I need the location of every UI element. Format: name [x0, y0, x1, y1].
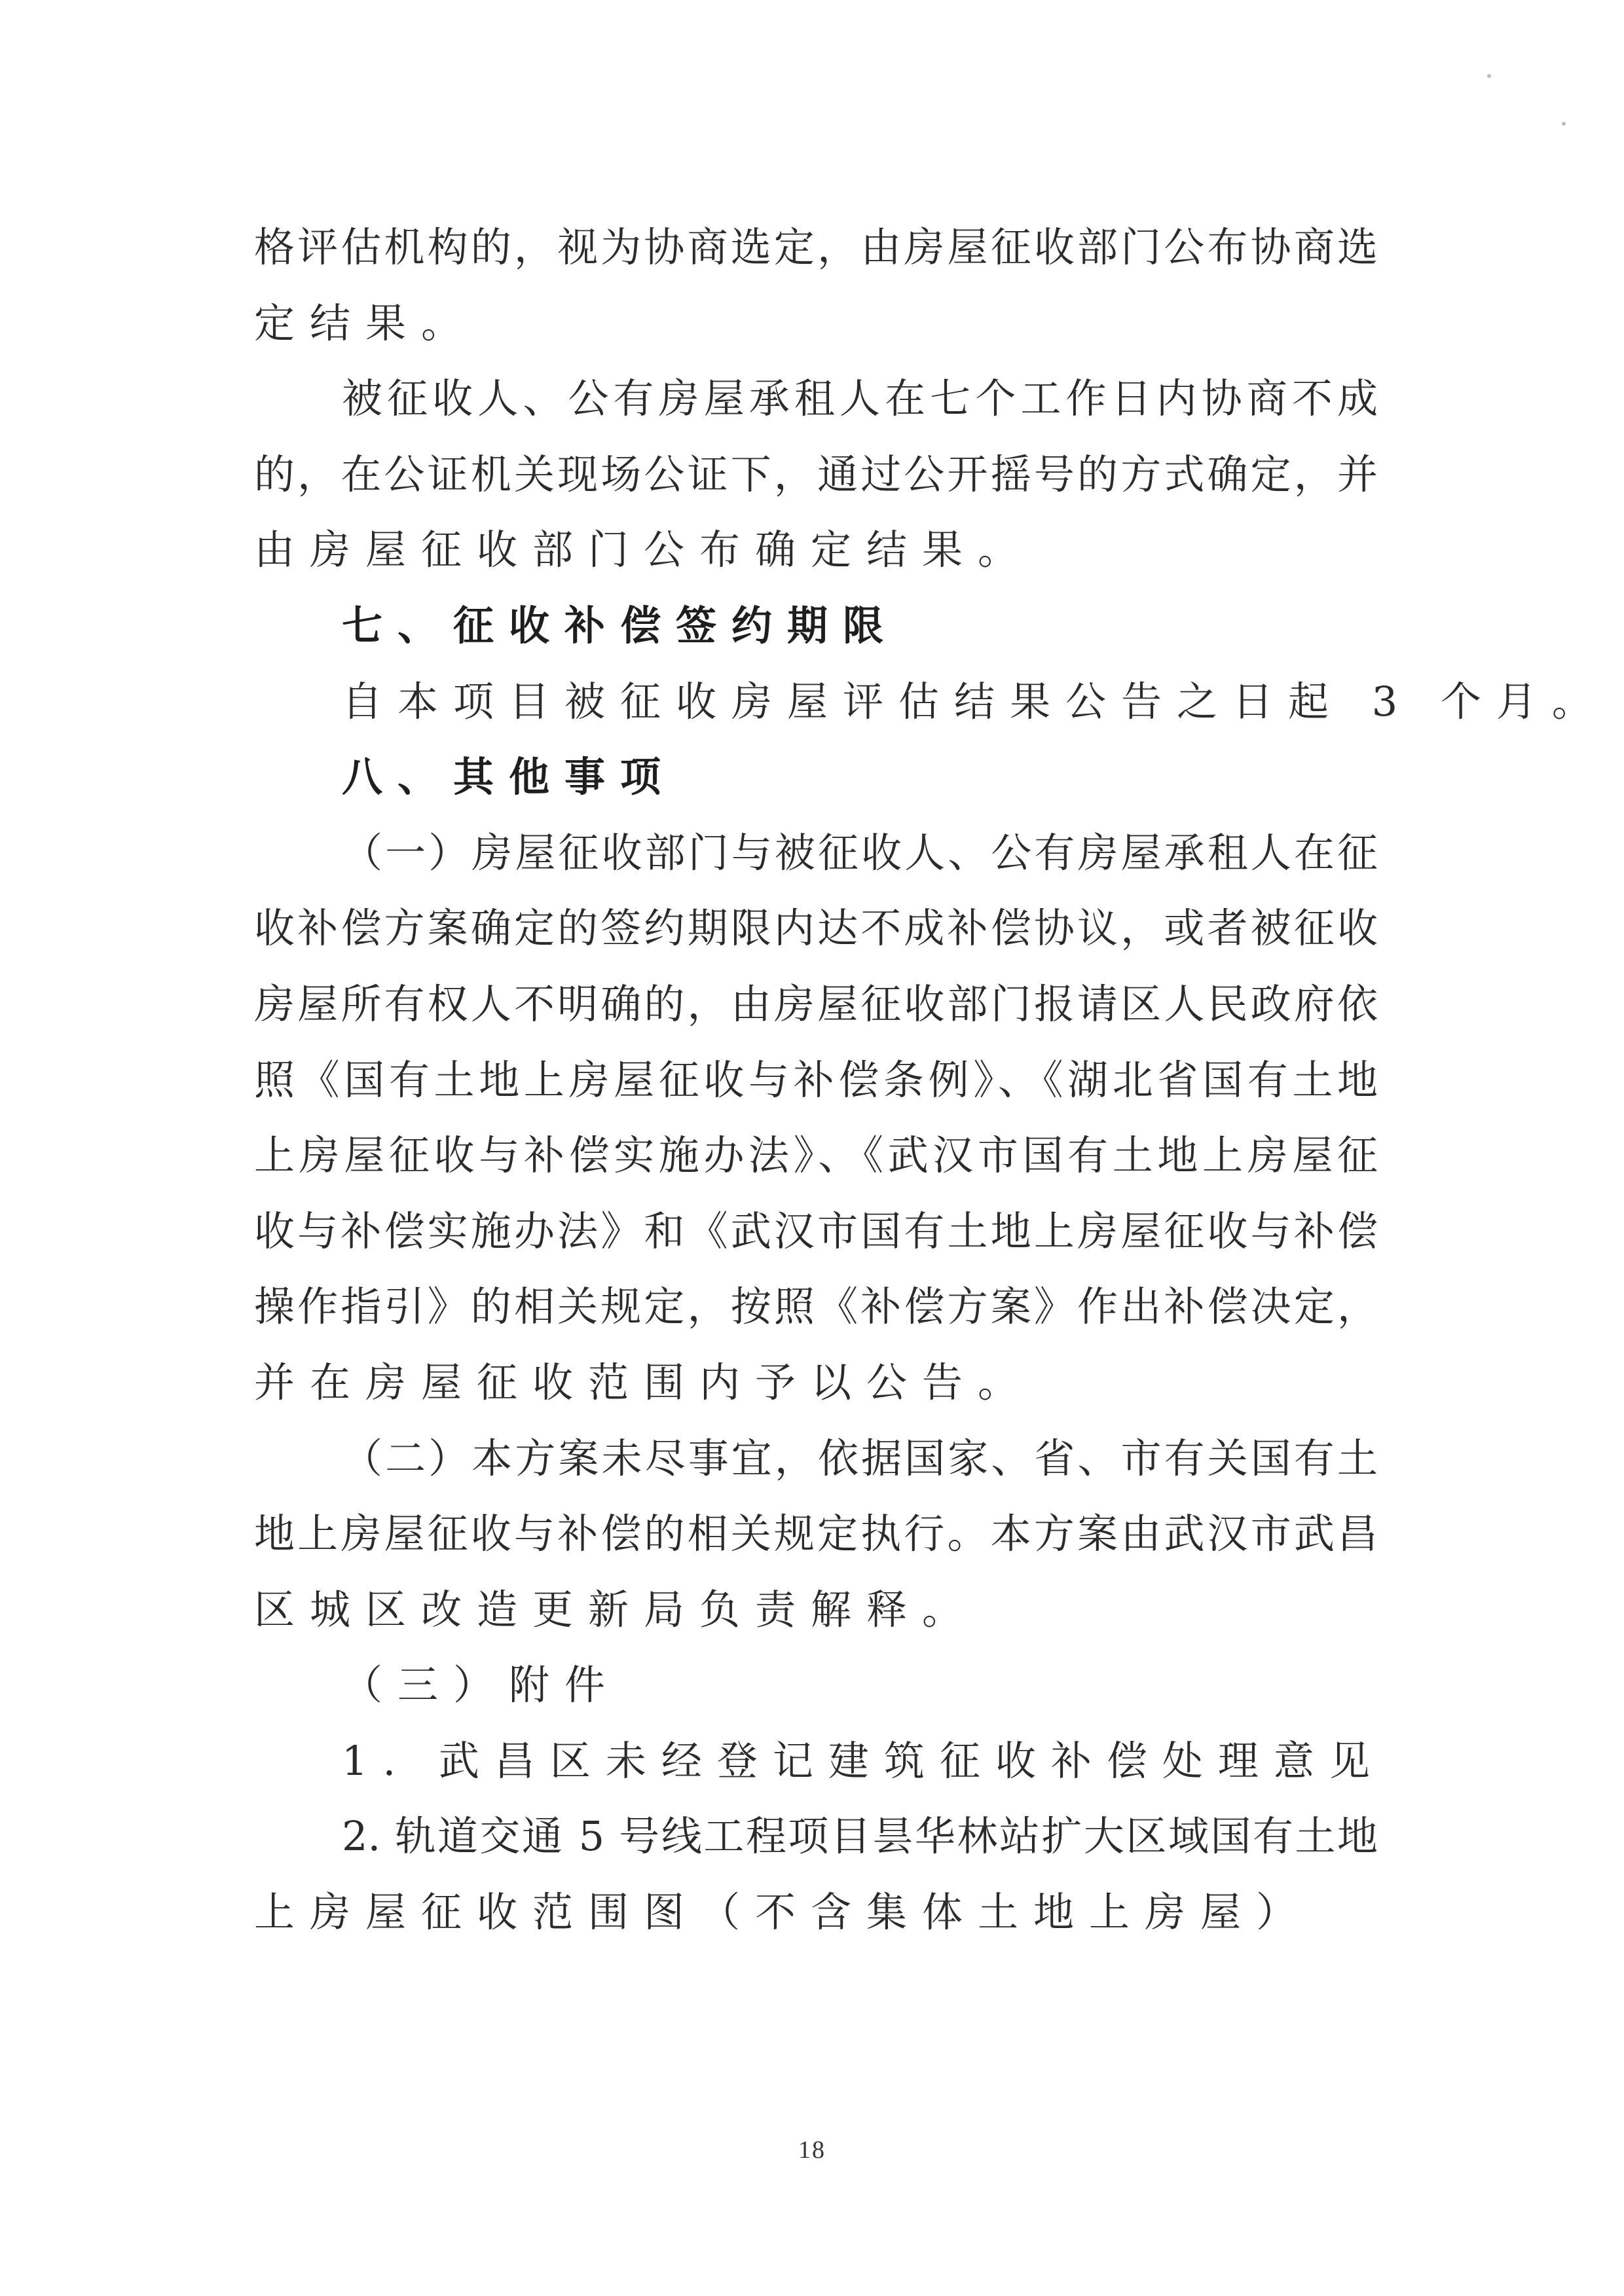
- section-heading-7: 七、征收补偿签约期限: [254, 588, 1378, 664]
- paragraph-line: 区城区改造更新局负责解释。: [254, 1572, 1378, 1648]
- paragraph-line: （二）本方案未尽事宜，依据国家、省、市有关国有土: [254, 1421, 1378, 1497]
- paragraph-line: （一）房屋征收部门与被征收人、公有房屋承租人在征: [254, 815, 1378, 891]
- paragraph-line: 收与补偿实施办法》和《武汉市国有土地上房屋征收与补偿: [254, 1194, 1378, 1269]
- paragraph-line: 由房屋征收部门公布确定结果。: [254, 512, 1378, 588]
- page-number: 18: [0, 2136, 1624, 2164]
- attachment-item-2-continued: 上房屋征收范围图（不含集体土地上房屋）: [254, 1874, 1378, 1950]
- document-page: 格评估机构的，视为协商选定，由房屋征收部门公布协商选 定结果。 被征收人、公有房…: [0, 0, 1624, 2296]
- paragraph-line: 的，在公证机关现场公证下，通过公开摇号的方式确定，并: [254, 437, 1378, 513]
- scan-speck: [1487, 74, 1491, 78]
- attachment-item-1: 1. 武昌区未经登记建筑征收补偿处理意见: [254, 1723, 1378, 1799]
- paragraph-line: 房屋所有权人不明确的，由房屋征收部门报请区人民政府依: [254, 966, 1378, 1042]
- attachments-heading: （三）附件: [254, 1647, 1378, 1723]
- paragraph-line: 格评估机构的，视为协商选定，由房屋征收部门公布协商选: [254, 210, 1378, 285]
- paragraph-line: 上房屋征收与补偿实施办法》、《武汉市国有土地上房屋征: [254, 1118, 1378, 1194]
- paragraph-line: 照《国有土地上房屋征收与补偿条例》、《湖北省国有土地: [254, 1042, 1378, 1118]
- paragraph-line: 定结果。: [254, 285, 1378, 361]
- paragraph-line: 被征收人、公有房屋承租人在七个工作日内协商不成: [254, 361, 1378, 437]
- paragraph-line: 地上房屋征收与补偿的相关规定执行。本方案由武汉市武昌: [254, 1496, 1378, 1572]
- attachment-item-2: 2. 轨道交通 5 号线工程项目昙华林站扩大区域国有土地: [254, 1798, 1378, 1874]
- paragraph-line: 操作指引》的相关规定，按照《补偿方案》作出补偿决定，: [254, 1269, 1378, 1345]
- scan-speck: [1562, 122, 1566, 126]
- paragraph-line: 收补偿方案确定的签约期限内达不成补偿协议，或者被征收: [254, 890, 1378, 966]
- paragraph-line: 自本项目被征收房屋评估结果公告之日起 3 个月。: [254, 664, 1378, 740]
- body-text: 格评估机构的，视为协商选定，由房屋征收部门公布协商选 定结果。 被征收人、公有房…: [254, 210, 1378, 1950]
- paragraph-line: 并在房屋征收范围内予以公告。: [254, 1345, 1378, 1421]
- section-heading-8: 八、其他事项: [254, 739, 1378, 815]
